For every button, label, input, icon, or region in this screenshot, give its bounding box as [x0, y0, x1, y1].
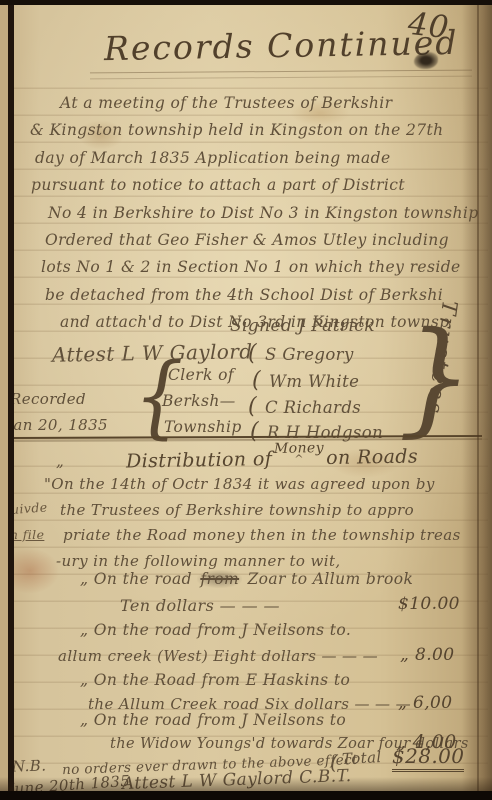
distribution-intro-paragraph: "On the 14th of Octr 1834 it was agreed … — [30, 475, 478, 577]
item-text: On the road — [94, 570, 192, 588]
struck-word: from — [197, 570, 242, 588]
trustee-name: C Richards — [265, 398, 361, 417]
item-text: Zoar to Allum brook — [247, 570, 413, 588]
recorded-label: Recorded — [10, 390, 86, 408]
clerk-title-line: Clerk of — [168, 366, 234, 384]
ditto-mark: „ — [80, 570, 88, 588]
title-underline — [90, 70, 472, 80]
trustee-signature: (S Gregory — [248, 341, 354, 366]
item-text: On the Road from E Haskins to — [94, 671, 350, 689]
record-line: lots No 1 & 2 in Section No 1 on which t… — [30, 258, 478, 285]
clerk-title-line: Berksh— — [162, 392, 236, 410]
book-edge-line — [477, 0, 479, 800]
ditto-mark: „ — [56, 452, 64, 470]
road-item-line: „ On the road from Zoar to Allum brook — [80, 570, 413, 588]
ditto-mark: „ — [80, 671, 88, 689]
amount: „ 6,00 — [398, 693, 452, 713]
record-line: At a meeting of the Trustees of Berkshir — [30, 94, 478, 121]
item-text: On the road from J Neilsons to — [94, 711, 346, 729]
meeting-record-paragraph: At a meeting of the Trustees of Berkshir… — [30, 94, 478, 341]
record-line: & Kingston township held in Kingston on … — [30, 121, 478, 148]
trustee-name: R H Hodgson — [267, 423, 383, 442]
amount: „ 8.00 — [400, 645, 454, 665]
paren-stroke: ( — [250, 419, 259, 444]
trustee-name: Wm White — [269, 372, 359, 391]
binding-margin-paper — [0, 0, 8, 800]
paren-stroke: ( — [248, 394, 257, 419]
road-item-line: Ten dollars — — — — [120, 596, 280, 615]
total-amount: $28.00 — [392, 744, 464, 772]
ink-blot — [414, 52, 438, 69]
trustee-signature: (Wm White — [252, 368, 359, 393]
trustee-name: S Gregory — [265, 345, 354, 364]
item-text: On the road from J Neilsons to. — [94, 621, 351, 639]
page-number: 40 — [406, 6, 451, 46]
record-line: No 4 in Berkshire to Dist No 3 in Kingst… — [30, 204, 478, 231]
total-label: Total — [342, 748, 383, 768]
intro-line: priate the Road money then in the townsh… — [30, 526, 478, 552]
distribution-heading: Distribution ofMoney^on Roads — [126, 445, 418, 472]
road-item-line: „ On the road from J Neilsons to. — [80, 621, 351, 639]
cover-edge-bottom — [0, 791, 492, 800]
heading-prefix: Distribution of — [126, 448, 273, 473]
road-item-line: allum creek (West) Eight dollars — — — — [58, 647, 378, 665]
nota-bene-label: N.B. — [12, 756, 47, 775]
page-title: Records Continued — [104, 23, 459, 68]
inserted-word-stack: Money^ — [274, 442, 324, 464]
page-bottom-shadow — [0, 777, 492, 791]
caret-mark: ^ — [294, 454, 304, 463]
paren-stroke: ( — [252, 368, 261, 393]
recorded-date: Jan 20, 1835 — [7, 416, 108, 434]
ditto-mark: „ — [80, 711, 88, 729]
ledger-page: Records Continued 40 At a meeting of the… — [0, 0, 492, 800]
intro-line: the Trustees of Berkshire township to ap… — [30, 501, 478, 527]
record-line: Ordered that Geo Fisher & Amos Utley inc… — [30, 231, 478, 258]
signed-line: Signed J Patrick — [230, 316, 375, 336]
record-line: pursuant to notice to attach a part of D… — [30, 176, 478, 203]
record-line: day of March 1835 Application being made — [30, 149, 478, 176]
cover-edge-top — [0, 0, 492, 5]
amount: $10.00 — [398, 594, 460, 614]
ditto-mark: „ — [80, 621, 88, 639]
trustee-signature: (C Richards — [248, 394, 361, 419]
road-item-line: „ On the Road from E Haskins to — [80, 671, 350, 689]
paren-stroke: ( — [248, 341, 257, 366]
clerk-title-line: Township — [164, 418, 242, 436]
intro-line: "On the 14th of Octr 1834 it was agreed … — [30, 475, 478, 501]
heading-suffix: on Roads — [326, 445, 418, 469]
road-item-line: „ On the road from J Neilsons to — [80, 711, 346, 729]
binding-gutter-line — [8, 0, 14, 800]
